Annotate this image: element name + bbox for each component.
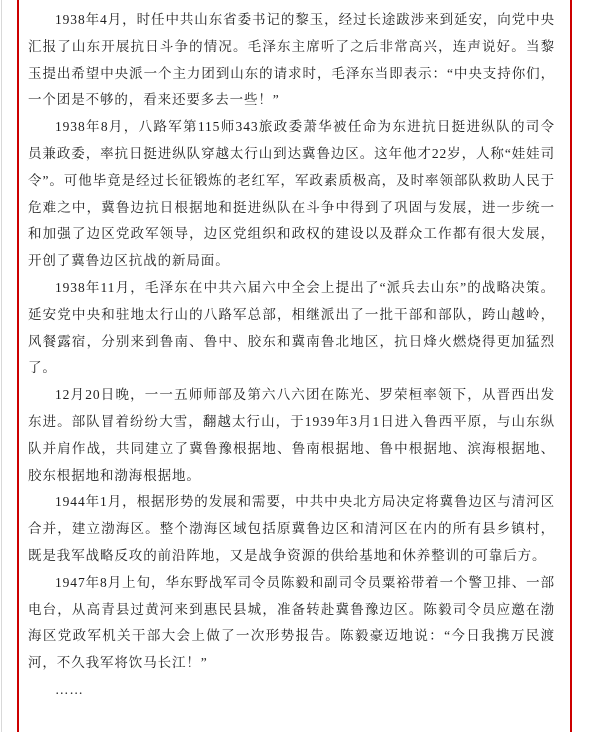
ellipsis-line: …… <box>28 677 555 704</box>
paragraph: 1938年8月，八路军第115师343旅政委萧华被任命为东进抗日挺进纵队的司令员… <box>28 114 555 275</box>
paragraph: 1947年8月上旬，华东野战军司令员陈毅和副司令员粟裕带着一个警卫排、一部电台，… <box>28 570 555 677</box>
document-text-block: 1938年4月，时任中共山东省委书记的黎玉，经过长途跋涉来到延安，向党中央汇报了… <box>28 7 555 704</box>
page-edge-line <box>1 0 2 732</box>
paragraph: 12月20日晚，一一五师师部及第六八六团在陈光、罗荣桓率领下，从晋西出发东进。部… <box>28 382 555 489</box>
paragraph: 1938年11月，毛泽东在中共六届六中全会上提出了“派兵去山东”的战略决策。延安… <box>28 275 555 382</box>
document-page: 1938年4月，时任中共山东省委书记的黎玉，经过长途跋涉来到延安，向党中央汇报了… <box>0 0 591 732</box>
left-margin-rule <box>17 0 19 732</box>
paragraph: 1944年1月，根据形势的发展和需要，中共中央北方局决定将冀鲁边区与清河区合并，… <box>28 489 555 569</box>
right-margin-rule <box>570 0 572 732</box>
paragraph: 1938年4月，时任中共山东省委书记的黎玉，经过长途跋涉来到延安，向党中央汇报了… <box>28 7 555 114</box>
